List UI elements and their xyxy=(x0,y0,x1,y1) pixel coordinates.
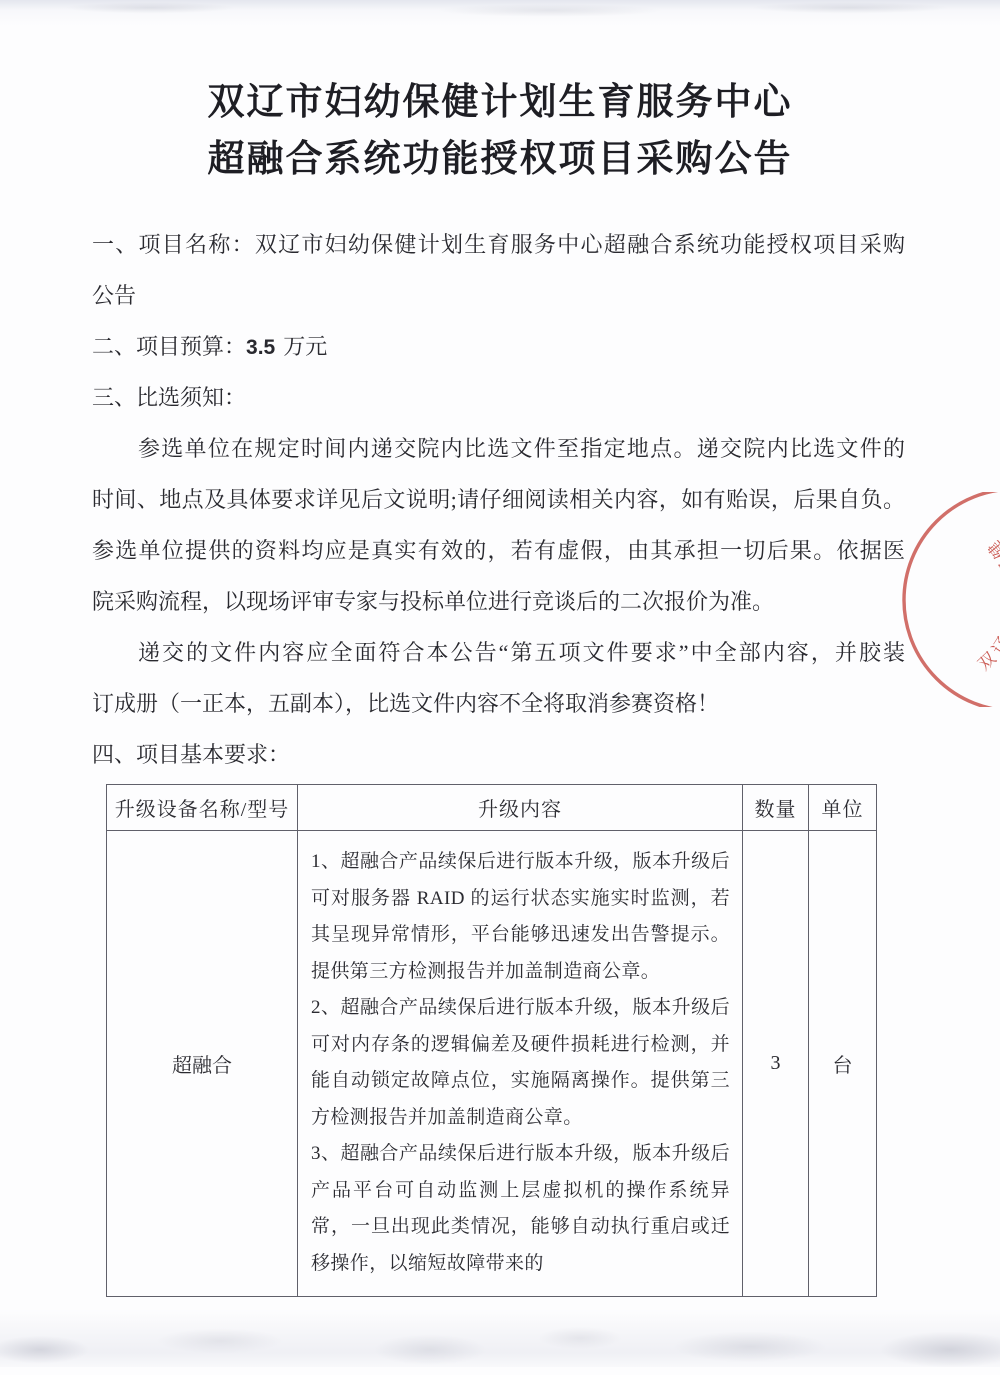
table-header-row: 升级设备名称/型号 升级内容 数量 单位 xyxy=(107,785,877,831)
col-header-device-name: 升级设备名称/型号 xyxy=(107,785,298,831)
official-stamp: 双辽市妇幼保健 xyxy=(898,492,1000,707)
scanned-document-page: 双辽市妇幼保健计划生育服务中心 超融合系统功能授权项目采购公告 一、项目名称：双… xyxy=(0,0,1000,1375)
budget-value: 3.5 xyxy=(246,336,275,359)
body-line-para2-1: 递交的文件内容应全面符合本公告“第五项文件要求”中全部内容，并胶装 xyxy=(92,627,905,678)
stamp-text: 双辽市妇幼保健 xyxy=(974,533,1000,674)
document-title: 双辽市妇幼保健计划生育服务中心 超融合系统功能授权项目采购公告 xyxy=(0,74,1000,188)
col-header-quantity: 数量 xyxy=(743,785,809,831)
body-line-project-name: 一、项目名称：双辽市妇幼保健计划生育服务中心超融合系统功能授权项目采购 xyxy=(92,219,905,270)
body-line-section-4: 四、项目基本要求： xyxy=(92,729,905,780)
cell-upgrade-content: 1、超融合产品续保后进行版本升级，版本升级后可对服务器 RAID 的运行状态实施… xyxy=(298,831,743,1297)
upgrade-item-2: 2、超融合产品续保后进行版本升级，版本升级后可对内存条的逻辑偏差及硬件损耗进行检… xyxy=(311,990,730,1136)
body-line-section-3: 三、比选须知： xyxy=(92,372,905,423)
stamp-circle-arc xyxy=(904,492,1000,707)
scan-edge-bottom xyxy=(0,1309,1000,1367)
doc-title-line-2: 超融合系统功能授权项目采购公告 xyxy=(0,131,1000,188)
upgrade-item-3: 3、超融合产品续保后进行版本升级，版本升级后产品平台可自动监测上层虚拟机的操作系… xyxy=(311,1136,730,1282)
body-line-para1-3: 参选单位提供的资料均应是真实有效的，若有虚假，由其承担一切后果。依据医 xyxy=(92,525,905,576)
doc-title-line-1: 双辽市妇幼保健计划生育服务中心 xyxy=(0,74,1000,131)
cell-device-name: 超融合 xyxy=(107,831,298,1297)
body-line-budget: 二、项目预算：3.5万元 xyxy=(92,321,905,372)
body-line-project-name-cont: 公告 xyxy=(92,270,905,321)
budget-unit: 万元 xyxy=(283,334,327,359)
budget-label: 二、项目预算： xyxy=(92,334,246,359)
cell-unit: 台 xyxy=(809,831,877,1297)
cell-quantity: 3 xyxy=(743,831,809,1297)
body-line-para1-1: 参选单位在规定时间内递交院内比选文件至指定地点。递交院内比选文件的 xyxy=(92,423,905,474)
requirements-table: 升级设备名称/型号 升级内容 数量 单位 超融合 1、超融合产品续保后进行版本升… xyxy=(106,784,877,1297)
col-header-unit: 单位 xyxy=(809,785,877,831)
body-line-para1-4: 院采购流程，以现场评审专家与投标单位进行竞谈后的二次报价为准。 xyxy=(92,576,905,627)
upgrade-item-1: 1、超融合产品续保后进行版本升级，版本升级后可对服务器 RAID 的运行状态实施… xyxy=(311,844,730,990)
body-line-para2-2: 订成册（一正本，五副本），比选文件内容不全将取消参赛资格！ xyxy=(92,678,905,729)
document-body: 一、项目名称：双辽市妇幼保健计划生育服务中心超融合系统功能授权项目采购 公告 二… xyxy=(92,219,905,780)
table-row: 超融合 1、超融合产品续保后进行版本升级，版本升级后可对服务器 RAID 的运行… xyxy=(107,831,877,1297)
col-header-upgrade-content: 升级内容 xyxy=(298,785,743,831)
body-line-para1-2: 时间、地点及具体要求详见后文说明;请仔细阅读相关内容，如有贻误，后果自负。 xyxy=(92,474,905,525)
scan-edge-top xyxy=(0,0,1000,26)
